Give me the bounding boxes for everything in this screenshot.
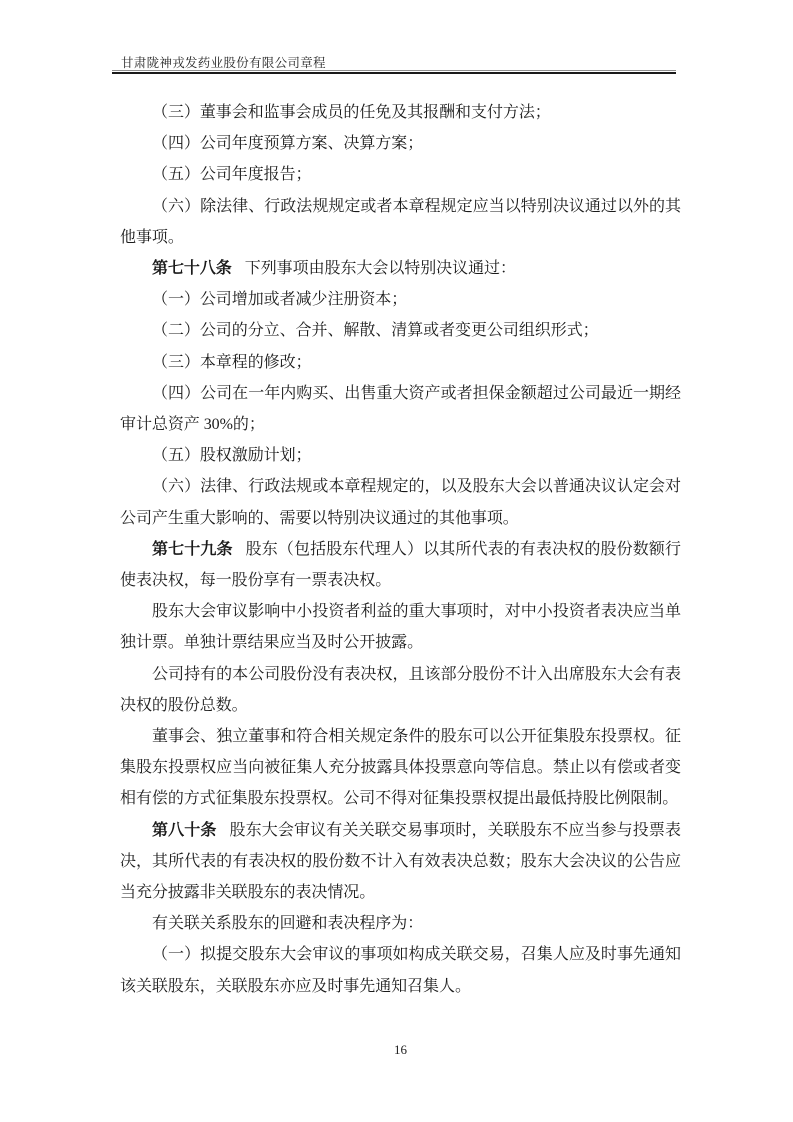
article-number: 第七十八条	[152, 260, 232, 277]
paragraph: 股东大会审议影响中小投资者利益的重大事项时，对中小投资者表决应当单独计票。单独计…	[120, 596, 681, 658]
header-rule	[112, 70, 676, 74]
paragraph: （一）公司增加或者减少注册资本；	[120, 284, 681, 315]
article-paragraph: 第七十八条下列事项由股东大会以特别决议通过：	[120, 253, 681, 284]
page-header-title: 甘肃陇神戎发药业股份有限公司章程	[121, 53, 326, 71]
paragraph: （六）法律、行政法规或本章程规定的，以及股东大会以普通决议认定会对公司产生重大影…	[120, 471, 681, 533]
page-number: 16	[394, 1042, 407, 1057]
paragraph-text: （四）公司在一年内购买、出售重大资产或者担保金额超过公司最近一期经审计总资产 3…	[120, 385, 681, 433]
paragraph: 有关联关系股东的回避和表决程序为：	[120, 908, 681, 939]
page-footer: 16	[120, 1041, 681, 1059]
paragraph-text: 董事会、独立董事和符合相关规定条件的股东可以公开征集股东投票权。征集股东投票权应…	[120, 728, 681, 807]
paragraph-text: （一）拟提交股东大会审议的事项如构成关联交易，召集人应及时事先通知该关联股东，关…	[120, 946, 681, 994]
paragraph: （五）股权激励计划；	[120, 440, 681, 471]
paragraph-text: （六）法律、行政法规或本章程规定的，以及股东大会以普通决议认定会对公司产生重大影…	[120, 478, 681, 526]
paragraph: （三）董事会和监事会成员的任免及其报酬和支付方法；	[120, 97, 681, 128]
paragraph-text: （五）公司年度报告；	[152, 166, 312, 183]
paragraph-text: 有关联关系股东的回避和表决程序为：	[152, 915, 423, 932]
paragraph-text: （五）股权激励计划；	[152, 447, 312, 464]
paragraph: 董事会、独立董事和符合相关规定条件的股东可以公开征集股东投票权。征集股东投票权应…	[120, 721, 681, 815]
paragraph-text: 公司持有的本公司股份没有表决权，且该部分股份不计入出席股东大会有表决权的股份总数…	[120, 666, 681, 714]
document-page: 甘肃陇神戎发药业股份有限公司章程 （三）董事会和监事会成员的任免及其报酬和支付方…	[0, 0, 793, 1122]
article-paragraph: 第八十条股东大会审议有关关联交易事项时，关联股东不应当参与投票表决，其所代表的有…	[120, 815, 681, 909]
paragraph: （三）本章程的修改；	[120, 347, 681, 378]
paragraph-text: （三）董事会和监事会成员的任免及其报酬和支付方法；	[152, 104, 551, 121]
paragraph: （二）公司的分立、合并、解散、清算或者变更公司组织形式；	[120, 315, 681, 346]
paragraph-text: （一）公司增加或者减少注册资本；	[152, 291, 407, 308]
article-number: 第七十九条	[152, 541, 233, 558]
paragraph: （四）公司年度预算方案、决算方案；	[120, 128, 681, 159]
paragraph-text: （二）公司的分立、合并、解散、清算或者变更公司组织形式；	[152, 322, 599, 339]
paragraph-text: （四）公司年度预算方案、决算方案；	[152, 135, 423, 152]
paragraph-text: 股东大会审议影响中小投资者利益的重大事项时，对中小投资者表决应当单独计票。单独计…	[120, 603, 681, 651]
paragraph-text: （六）除法律、行政法规规定或者本章程规定应当以特别决议通过以外的其他事项。	[120, 198, 681, 246]
paragraph-text: 下列事项由股东大会以特别决议通过：	[245, 260, 516, 277]
paragraph-text: （三）本章程的修改；	[152, 354, 312, 371]
paragraph: （五）公司年度报告；	[120, 159, 681, 190]
paragraph: （一）拟提交股东大会审议的事项如构成关联交易，召集人应及时事先通知该关联股东，关…	[120, 939, 681, 1001]
document-body: （三）董事会和监事会成员的任免及其报酬和支付方法；（四）公司年度预算方案、决算方…	[120, 97, 681, 1002]
paragraph: （六）除法律、行政法规规定或者本章程规定应当以特别决议通过以外的其他事项。	[120, 191, 681, 253]
paragraph: （四）公司在一年内购买、出售重大资产或者担保金额超过公司最近一期经审计总资产 3…	[120, 378, 681, 440]
article-paragraph: 第七十九条股东（包括股东代理人）以其所代表的有表决权的股份数额行使表决权，每一股…	[120, 534, 681, 596]
article-number: 第八十条	[152, 822, 217, 839]
paragraph: 公司持有的本公司股份没有表决权，且该部分股份不计入出席股东大会有表决权的股份总数…	[120, 659, 681, 721]
